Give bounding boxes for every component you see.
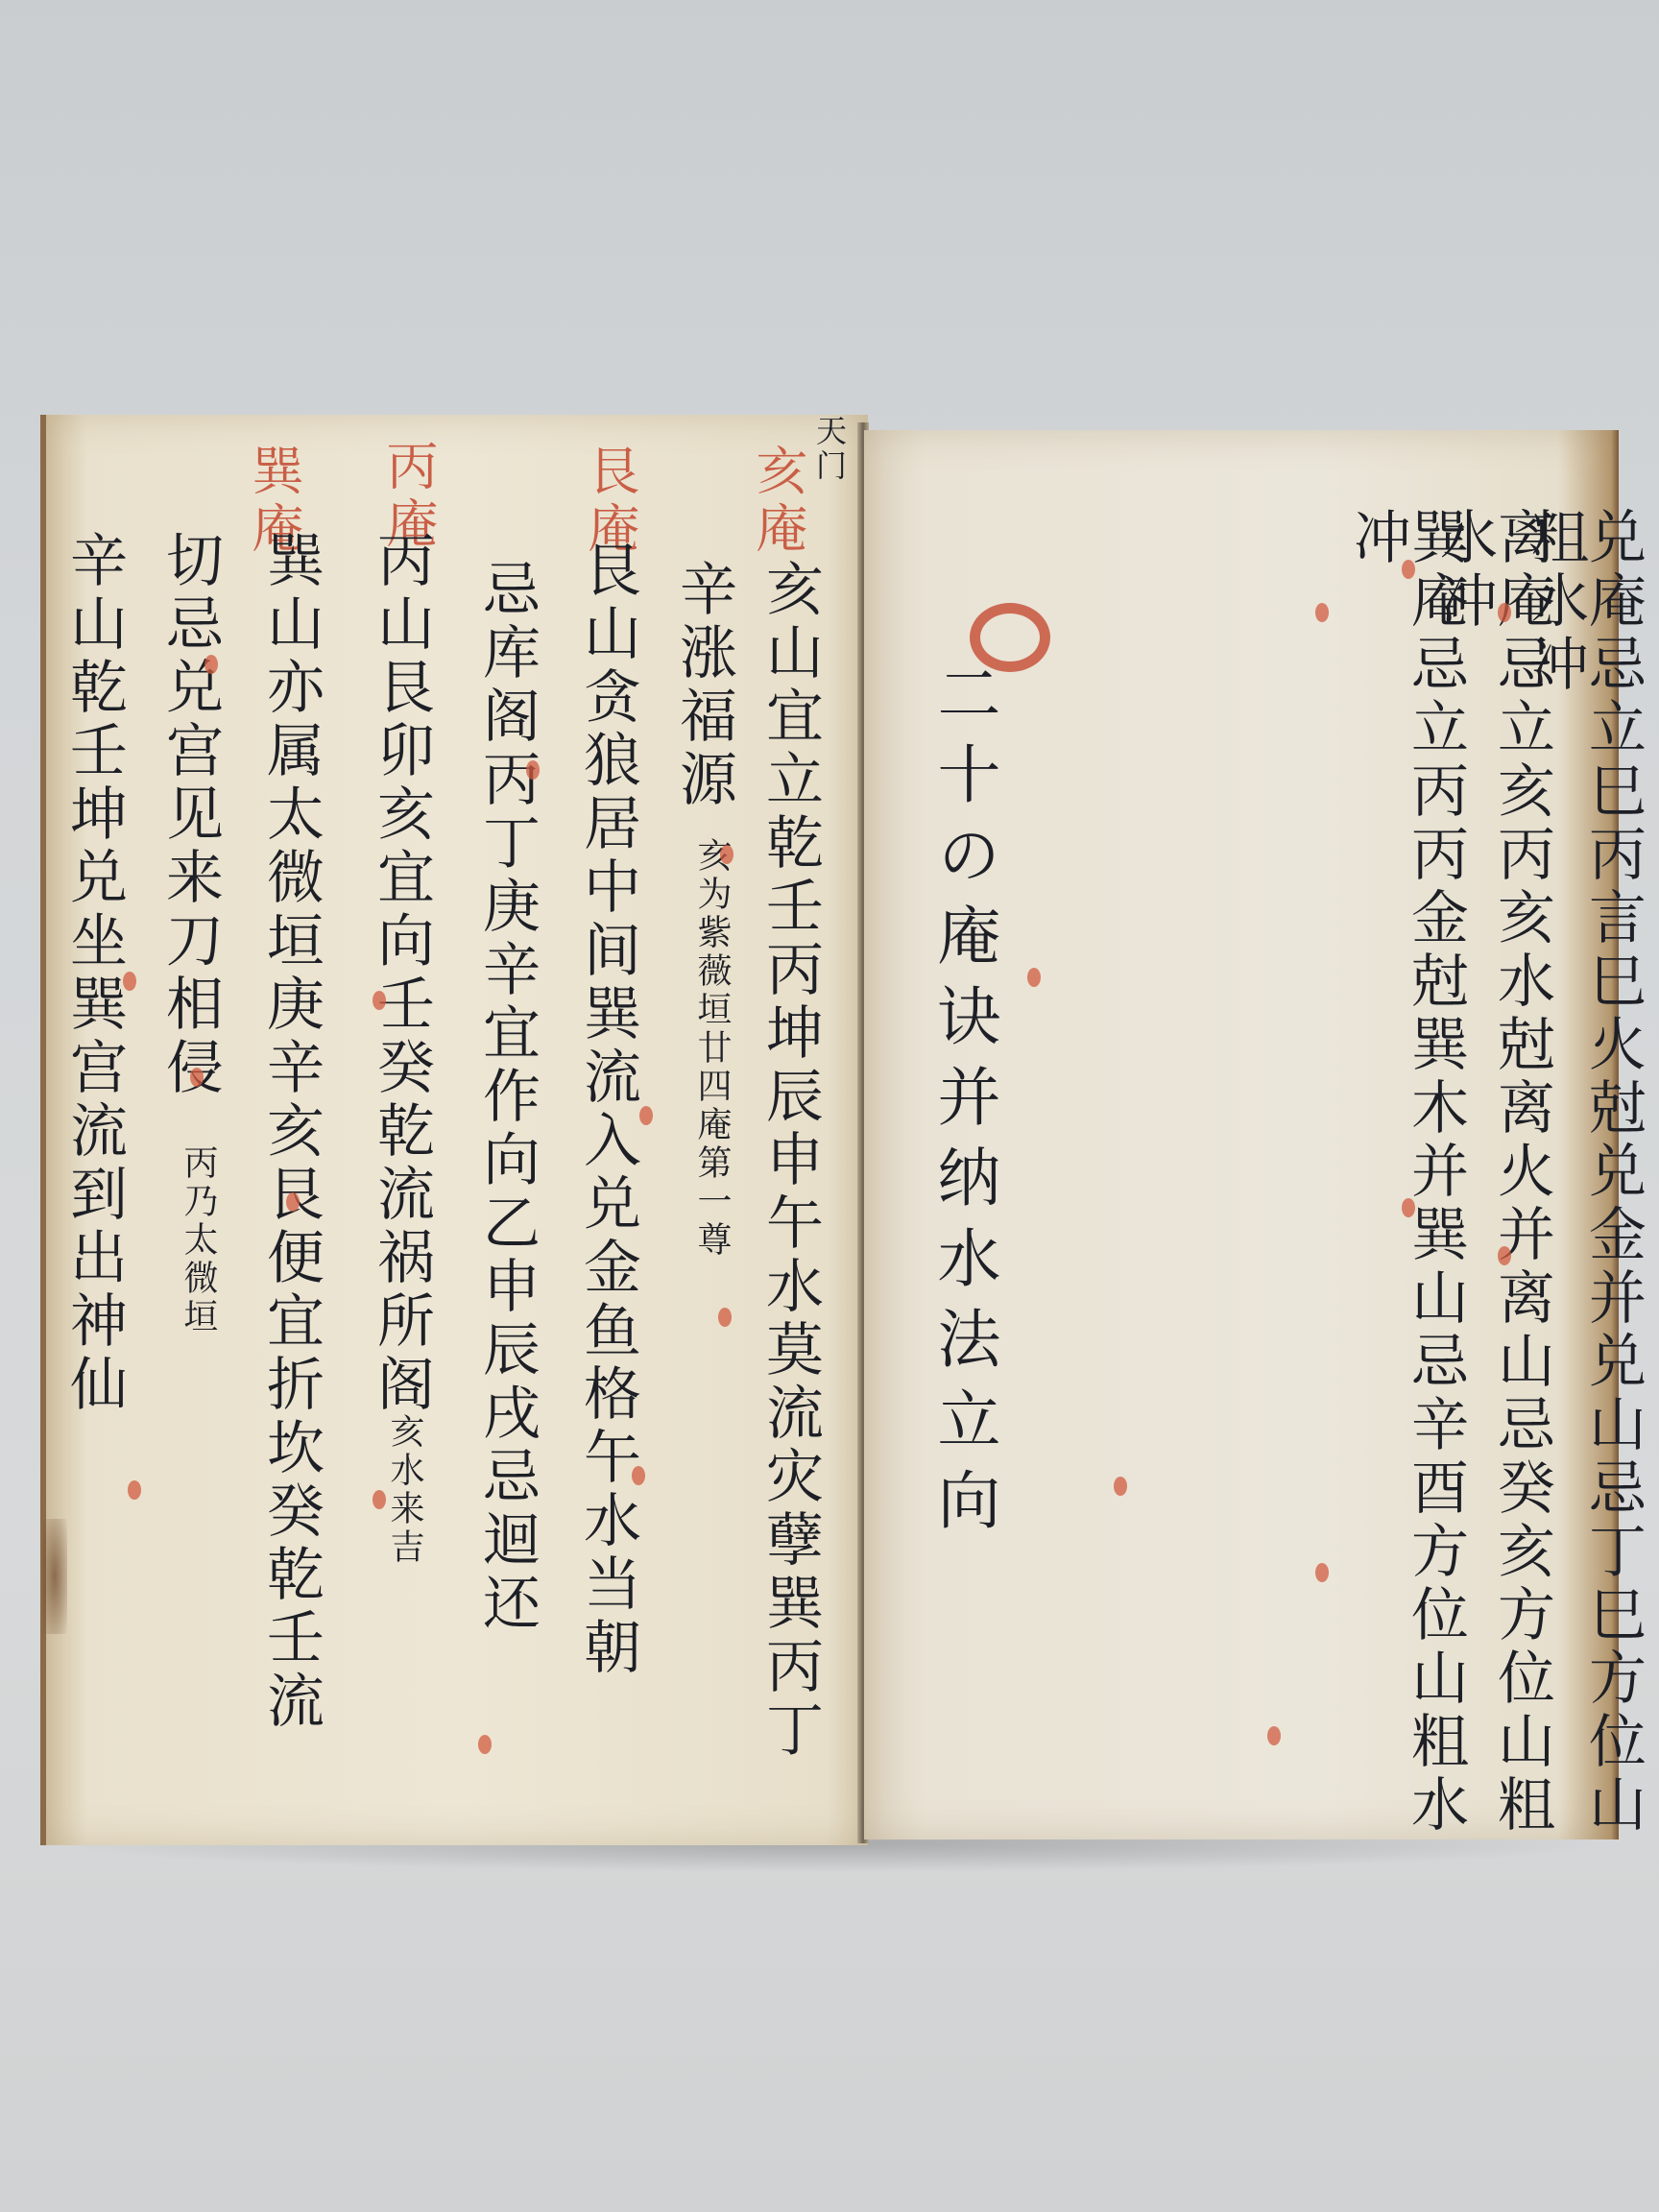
red-punctuation-dot [478, 1735, 492, 1754]
red-punctuation-dot [123, 972, 136, 991]
red-heading-hai-an: 亥庵 [752, 444, 804, 559]
red-punctuation-dot [1498, 603, 1511, 622]
red-punctuation-dot [1498, 1246, 1511, 1265]
column-l7: 切忌兑宫见来刀相侵 [161, 530, 219, 1100]
red-punctuation-dot [639, 1106, 653, 1125]
column-l3: 艮山贪狼居中间巽流入兑金鱼格午水当朝 [579, 540, 637, 1680]
column-l6: 巽山亦属太微垣庚辛亥艮便宜折坎癸乾壬流 [262, 530, 320, 1734]
title-circle-marker-icon [970, 603, 1050, 672]
column-l8: 辛山乾壬坤兑坐巽宫流到出神仙 [65, 530, 123, 1417]
left-page: 亥庵 天门 亥山宜立乾壬丙坤辰申午水莫流灾孽巽丙丁 辛涨福源 亥为紫薇垣廿四庵第… [40, 415, 868, 1845]
red-punctuation-dot [1315, 603, 1329, 622]
red-punctuation-dot [1315, 1563, 1329, 1582]
red-punctuation-dot [204, 655, 218, 674]
red-punctuation-dot [718, 1308, 732, 1327]
section-title: 二十の庵诀并纳水法立向 [931, 661, 995, 1548]
column-l1: 亥山宜立乾壬丙坤辰申午水莫流灾孽巽丙丁 [761, 559, 819, 1763]
red-punctuation-dot [373, 991, 386, 1010]
superscript-tianmen: 天门 [814, 415, 845, 484]
column-l4: 忌库阁丙丁庚辛宜作向乙申辰戌忌迴还 [478, 559, 536, 1636]
column-l5: 丙山艮卯亥宜向壬癸乾流祸所阁 [373, 530, 430, 1417]
column-l2: 辛涨福源 [675, 559, 733, 812]
red-punctuation-dot [286, 1192, 300, 1212]
edge-stain [42, 1519, 67, 1634]
red-punctuation-dot [720, 845, 733, 864]
red-punctuation-dot [526, 760, 540, 780]
red-punctuation-dot [373, 1490, 386, 1509]
red-punctuation-dot [1267, 1726, 1281, 1745]
annotation-l7: 丙乃太微垣 [180, 1144, 215, 1336]
red-punctuation-dot [1027, 968, 1041, 987]
annotation-l2: 亥为紫薇垣廿四庵第一尊 [694, 837, 729, 1260]
column-r3: 巽庵忌立丙丙金尅巽木并巽山忌辛酉方位山粗水冲 [1349, 507, 1464, 1839]
red-punctuation-dot [1402, 1198, 1415, 1217]
red-punctuation-dot [190, 1068, 204, 1087]
annotation-l5: 亥水来吉 [387, 1413, 421, 1567]
red-punctuation-dot [128, 1480, 141, 1500]
red-punctuation-dot [1402, 560, 1415, 579]
red-punctuation-dot [632, 1466, 645, 1485]
red-punctuation-dot [1114, 1477, 1127, 1496]
